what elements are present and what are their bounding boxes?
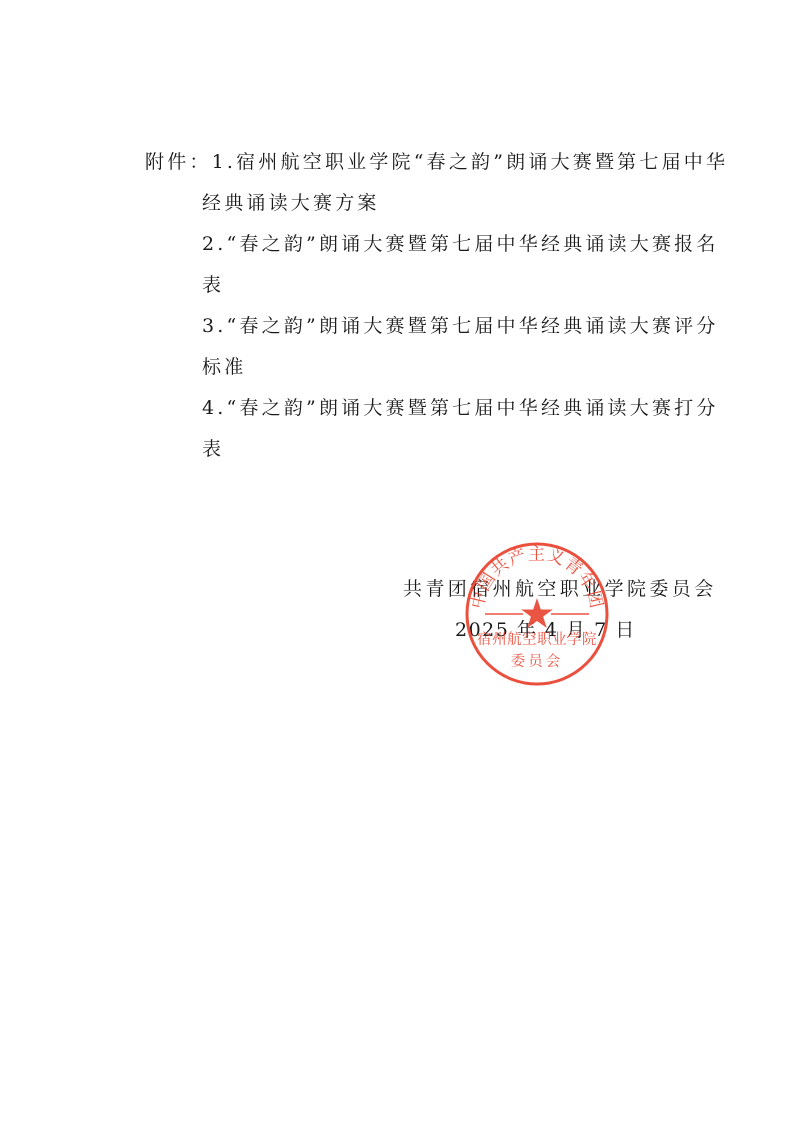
attachment-item-1-line-2: 经典诵读大赛方案: [202, 191, 380, 215]
attachment-item-3-line-1: 3.“春之韵”朗诵大赛暨第七届中华经典诵读大赛评分: [202, 314, 719, 338]
official-seal: 中国共产主义青年团 宿州航空职业学院 委员会: [463, 540, 611, 688]
attachment-item-4-line-2: 表: [202, 437, 224, 461]
attachment-item-1-line-1: 附件：1.宿州航空职业学院“春之韵”朗诵大赛暨第七届中华: [145, 150, 728, 174]
attachments-label: 附件：: [145, 151, 212, 173]
signature-date: 2025 年 4 月 7 日: [455, 618, 636, 642]
attachment-item-2-line-2: 表: [202, 273, 224, 297]
seal-inner-line-2: 委员会: [511, 653, 564, 670]
attachment-item-4-line-1: 4.“春之韵”朗诵大赛暨第七届中华经典诵读大赛打分: [202, 396, 719, 420]
attachment-item-1-title: 1.宿州航空职业学院“春之韵”朗诵大赛暨第七届中华: [212, 151, 729, 173]
signature-organization: 共青团宿州航空职业学院委员会: [403, 577, 717, 601]
attachment-item-3-line-2: 标准: [202, 355, 246, 379]
attachment-item-2-line-1: 2.“春之韵”朗诵大赛暨第七届中华经典诵读大赛报名: [202, 232, 719, 256]
document-page: 附件：1.宿州航空职业学院“春之韵”朗诵大赛暨第七届中华 经典诵读大赛方案 2.…: [0, 0, 793, 1122]
seal-icon: 中国共产主义青年团 宿州航空职业学院 委员会: [463, 540, 611, 688]
